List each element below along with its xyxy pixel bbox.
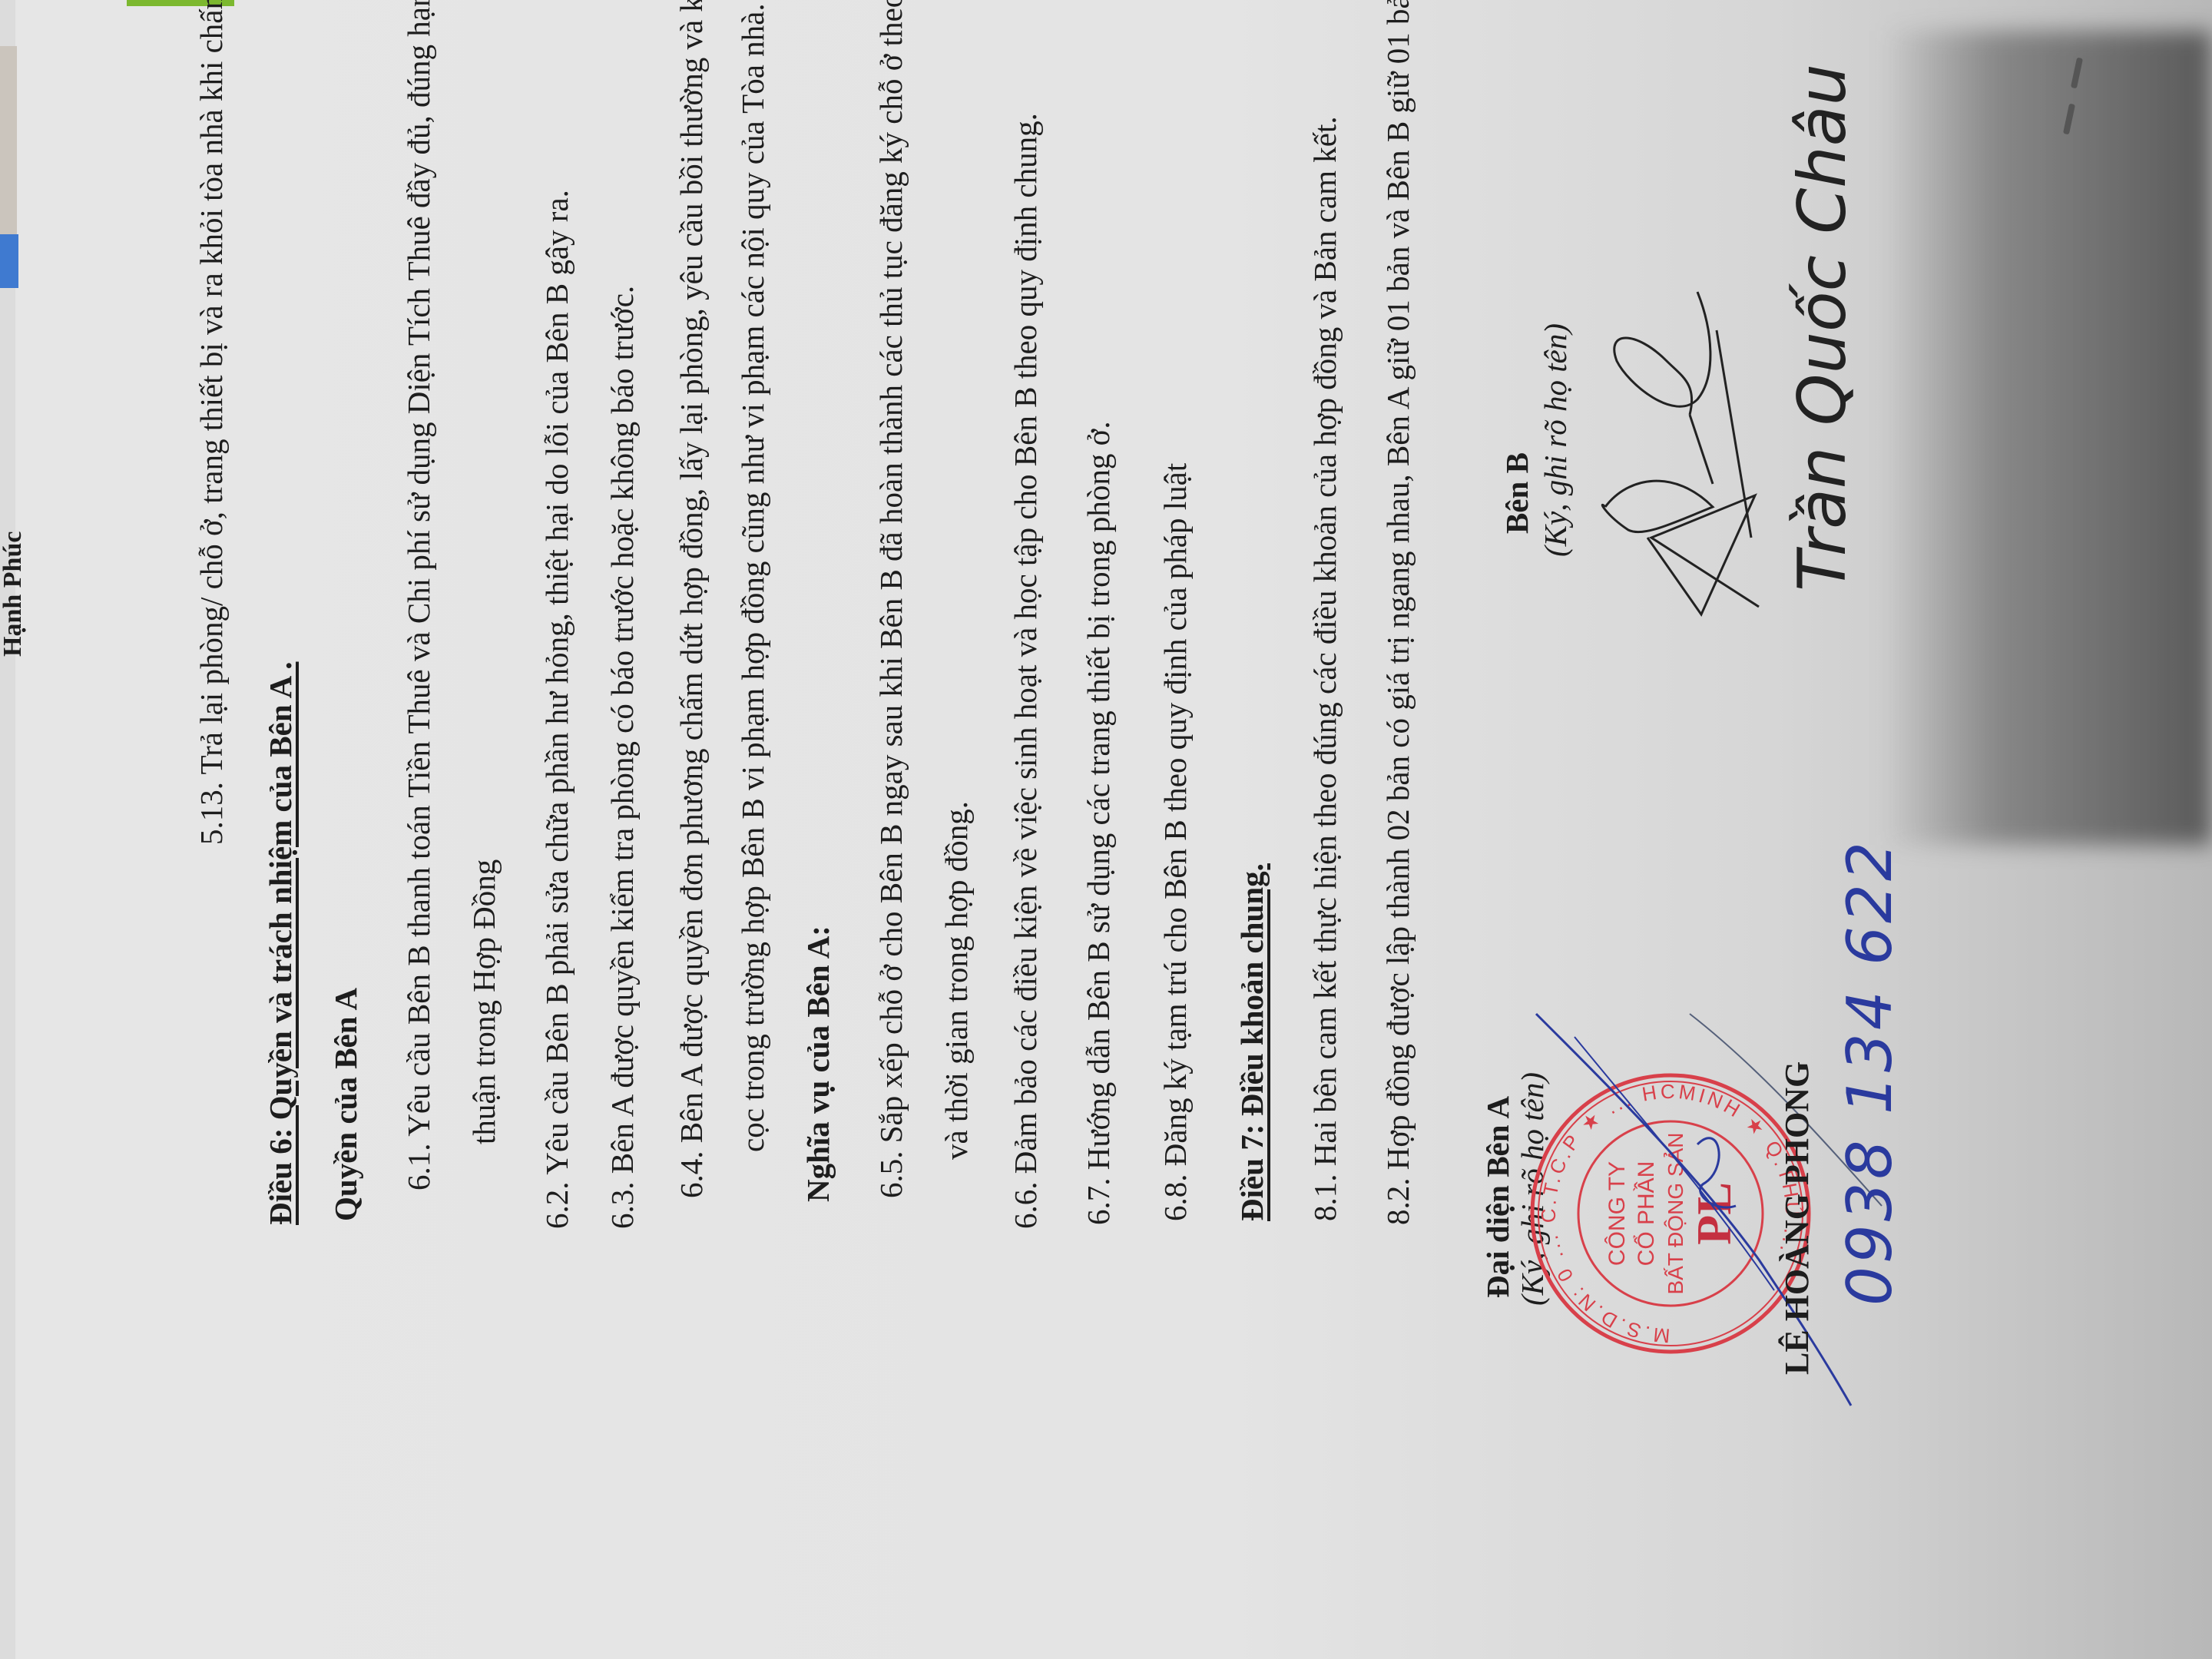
party-b-title: Bên B <box>1502 452 1533 534</box>
party-a-title: Đại diện Bên A <box>1482 1096 1514 1298</box>
party-b-handwritten-name: Trần Quốc Châu <box>1790 64 1856 591</box>
clause-6-5: 6.5. Sắp xếp chỗ ở cho Bên B ngay sau kh… <box>876 0 907 1198</box>
party-b-instruction: (Ký, ghi rõ họ tên) <box>1540 323 1571 557</box>
section-7-title: Điều 7: Điều khoản chung. <box>1237 863 1268 1221</box>
clause-6-2: 6.2. Yêu cầu Bên B phải sửa chữa phần hư… <box>541 190 573 1229</box>
party-b-signature <box>1582 284 1782 630</box>
clause-6-6: 6.6. Đảm bảo các điều kiện về việc sinh … <box>1010 113 1041 1229</box>
clause-6-5-cont: và thời gian trong hợp đồng. <box>941 801 972 1160</box>
header-fragment: Hạnh Phúc <box>0 531 26 657</box>
background-object <box>0 46 17 234</box>
clause-6-1: 6.1. Yêu cầu Bên B thanh toán Tiền Thuê … <box>403 0 435 1190</box>
paper-shadow <box>1882 31 2212 845</box>
obligations-title: Nghĩa vụ của Bên A: <box>803 926 834 1202</box>
section-6-title: Điều 6: Quyền và trách nhiệm của Bên A . <box>265 662 296 1225</box>
clause-6-7: 6.7. Hướng dẫn Bên B sử dụng các trang t… <box>1083 421 1114 1225</box>
clause-6-3: 6.3. Bên A được quyền kiểm tra phòng có … <box>607 286 638 1229</box>
party-a-printed-name: LÊ HOÀNG PHONG <box>1780 1061 1814 1375</box>
clause-8-1: 8.1. Hai bên cam kết thực hiện theo đúng… <box>1310 116 1341 1221</box>
party-a-phone: 0938 134 622 <box>1839 839 1901 1306</box>
rights-title: Quyền của Bên A <box>330 988 362 1221</box>
clause-6-4-cont: cọc trong trường hợp Bên B vi phạm hợp đ… <box>737 3 769 1152</box>
clause-5-13: 5.13. Trả lại phòng/ chỗ ở, trang thiết … <box>196 0 227 845</box>
clause-6-1-cont: thuận trong Hợp Đồng <box>469 859 500 1144</box>
clause-6-8: 6.8. Đăng ký tạm trú cho Bên B theo quy … <box>1160 463 1191 1221</box>
clause-8-2: 8.2. Hợp đồng được lập thành 02 bản có g… <box>1382 0 1414 1225</box>
clause-6-4: 6.4. Bên A được quyền đơn phương chấm dứ… <box>676 0 707 1198</box>
background-blue-object <box>0 234 18 288</box>
